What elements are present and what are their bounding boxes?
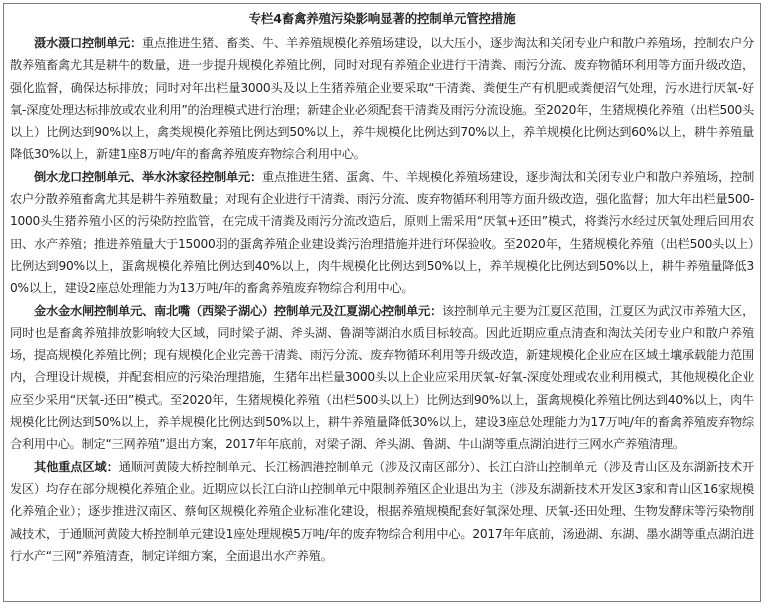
- section-body: 该控制单元主要为江夏区范围，江夏区为武汉市养殖大区，同时也是畜禽养殖排放影响较大…: [10, 304, 754, 452]
- section-daoshui-jushui: 倒水龙口控制单元、举水沐家径控制单元：重点推进生猪、蛋禽、牛、羊规模化养殖场建设…: [10, 166, 754, 300]
- section-shekou: 滠水滠口控制单元：重点推进生猪、畜类、牛、羊养殖规模化养殖场建设，以大压小，逐步…: [10, 32, 754, 166]
- section-other-areas: 其他重点区域：通顺河黄陵大桥控制单元、长江杨泗港控制单元（涉及汉南区部分）、长江…: [10, 456, 754, 567]
- section-heading: 滠水滠口控制单元：: [34, 36, 142, 50]
- section-body: 重点推进生猪、畜类、牛、羊养殖规模化养殖场建设，以大压小，逐步淘汰和关闭专业户和…: [10, 36, 754, 161]
- section-heading: 金水金水闸控制单元、南北嘴（西梁子湖心）控制单元及江夏湖心控制单元：: [34, 304, 442, 318]
- section-body: 通顺河黄陵大桥控制单元、长江杨泗港控制单元（涉及汉南区部分）、长江白浒山控制单元…: [10, 460, 754, 563]
- section-jinshui-jiangxia: 金水金水闸控制单元、南北嘴（西梁子湖心）控制单元及江夏湖心控制单元：该控制单元主…: [10, 300, 754, 456]
- box-title: 专栏4畜禽养殖污染影响显著的控制单元管控措施: [10, 8, 754, 32]
- section-body: 重点推进生猪、蛋禽、牛、羊规模化养殖场建设，逐步淘汰和关闭专业户和散户养殖场，控…: [10, 170, 754, 295]
- section-heading: 其他重点区域：: [34, 460, 119, 474]
- section-heading: 倒水龙口控制单元、举水沐家径控制单元：: [34, 170, 262, 184]
- callout-box: 专栏4畜禽养殖污染影响显著的控制单元管控措施 滠水滠口控制单元：重点推进生猪、畜…: [3, 3, 761, 602]
